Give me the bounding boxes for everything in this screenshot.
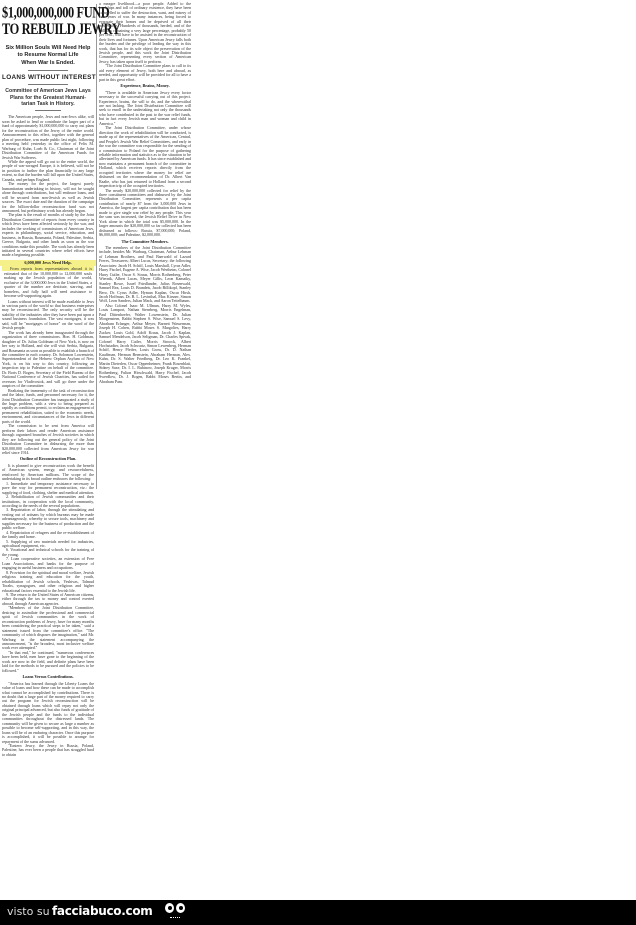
divider-rule (28, 84, 68, 85)
right-body: a meagre livelihood—a poor people. Added… (99, 2, 191, 384)
paragraph: It is planned to give reconstruction wor… (2, 464, 94, 482)
paragraph: Realizing the immensity of the task of r… (2, 389, 94, 425)
mouth-icon (170, 915, 180, 918)
subhead-line-3: When War Is Ended. (2, 60, 94, 67)
deck: Committee of American Jews Lays Plans fo… (2, 88, 94, 107)
footer-brand-link[interactable]: facciabuco.com (52, 904, 152, 918)
section-title: LOANS WITHOUT INTEREST (2, 74, 94, 81)
divider-rule (28, 70, 68, 71)
paragraph: Loans without interest will be made avai… (2, 300, 94, 331)
list-item: 3. Repatriation of labor, through the st… (2, 508, 94, 530)
list-item: 7. Loan cooperative societies, an extens… (2, 557, 94, 570)
footer-prefix: visto su (7, 905, 50, 918)
paragraph: "In that end," he continued, "numerous c… (2, 651, 94, 673)
subheading-committee: The Committee Members. (99, 240, 191, 244)
deck-line-1: Committee of American Jews Lays (2, 88, 94, 94)
footer-banner: visto su facciabuco.com (0, 900, 636, 925)
divider-rule (35, 110, 61, 111)
list-item: 2. Rehabilitation of Jewish communities … (2, 495, 94, 508)
headline-line-2: TO REBUILD JEWRY (2, 21, 94, 37)
paragraph: The American people, Jews and non-Jews a… (2, 115, 94, 160)
left-eye-icon (165, 903, 174, 913)
subheading-loans: Loans Versus Contributions. (2, 675, 94, 679)
paragraph: "Eastern Jewry, the Jewry in Russia, Pol… (2, 744, 94, 757)
paragraph: "The Joint Distribution Committee plans … (99, 64, 191, 82)
paragraph: "America has learned through the Liberty… (2, 682, 94, 744)
list-item: 1. Immediate and temporary assistance ne… (2, 482, 94, 495)
paragraph: The money for the project, the largest p… (2, 182, 94, 213)
paragraph: While the appeal will go out to the enti… (2, 160, 94, 182)
paragraph: The nearly $20,000,000 collected for rel… (99, 189, 191, 238)
paragraph: a meagre livelihood—a poor people. Added… (99, 2, 191, 64)
paragraph: "There is available in American Jewry ev… (99, 91, 191, 127)
list-item: 9. The return to the United States of Am… (2, 593, 94, 606)
paragraph: The Joint Distribution Committee, under … (99, 126, 191, 188)
right-column: a meagre livelihood—a poor people. Added… (99, 2, 191, 384)
cartoon-eyes-icon (165, 903, 189, 921)
subhead-line-2: to Resume Normal Life (2, 52, 94, 59)
paragraph: Also Colonel Isaac M. Ullman, Harry M. W… (99, 304, 191, 384)
highlighted-paragraph: From reports from representatives abroad… (2, 266, 94, 299)
subheading-experience: Experience, Brains, Money. (99, 84, 191, 88)
left-column: $1,000,000,000 FUND TO REBUILD JEWRY Six… (2, 2, 94, 757)
right-eye-icon (176, 903, 185, 913)
deck-line-3: tarian Task in History. (2, 101, 94, 107)
subhead-line-1: Six Million Souls Will Need Help (2, 45, 94, 52)
paragraph: The commission to be sent from America w… (2, 424, 94, 455)
paragraph: The work has already been inaugurated th… (2, 331, 94, 389)
subhead: Six Million Souls Will Need Help to Resu… (2, 45, 94, 67)
paragraph: "Members of the Joint Distribution Commi… (2, 606, 94, 651)
list-item: 8. Provision for the spiritual and moral… (2, 571, 94, 593)
headline: $1,000,000,000 FUND TO REBUILD JEWRY (2, 5, 94, 38)
reconstruction-list: 1. Immediate and temporary assistance ne… (2, 482, 94, 607)
subheading-outline: Outline of Reconstruction Plan. (2, 457, 94, 461)
column-divider (96, 4, 97, 489)
paragraph: The plan is the result of months of stud… (2, 213, 94, 258)
newspaper-clipping: $1,000,000,000 FUND TO REBUILD JEWRY Six… (2, 2, 196, 894)
left-body: The American people, Jews and non-Jews a… (2, 115, 94, 757)
headline-line-1: $1,000,000,000 FUND (2, 5, 94, 21)
paragraph: The members of the Joint Distribution Co… (99, 246, 191, 304)
